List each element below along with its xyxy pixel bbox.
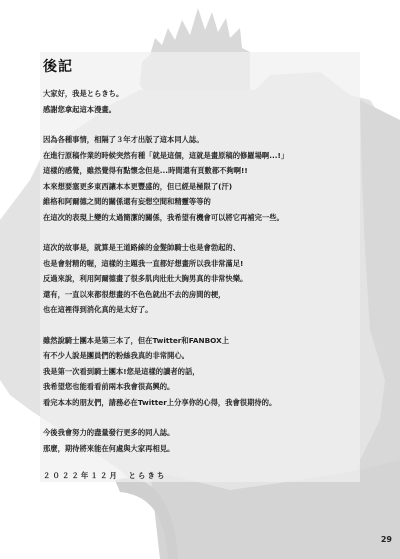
text-line: 這樣的感覺，雖然覺得有點懷念但是...時間還有頁數都不夠啊!!	[43, 163, 373, 179]
signature-date: ２０２２年１２月 とらきち	[43, 471, 373, 481]
text-line: 在進行原稿作業的時候突然有種「就是這個，這就是畫原稿的修羅場啊...!」	[43, 148, 373, 164]
text-line: 這次的故事是，就算是王道路線的金髮帥騎士也是會勃起的、	[43, 240, 373, 256]
paragraph-production: 因為各種事情，相隔了３年才出版了這本同人誌。 在進行原稿作業的時候突然有種「就是…	[43, 132, 373, 225]
text-line: 我是第一次看到騎士團本!您是這樣的讀者的話，	[43, 364, 373, 380]
text-line: 在這次的表現上變的太過簡潔的關係，我希望有機會可以將它再補完一些。	[43, 210, 373, 226]
text-line: 也在這裡得到消化真的是太好了。	[43, 302, 373, 318]
text-line: 我希望您也能看看前兩本我會很高興的。	[43, 379, 373, 395]
text-line: 反過來說，利用阿爾德畫了很多肌肉壯壯大胸男真的非常快樂。	[43, 271, 373, 287]
paragraph-readers: 雖然說騎士團本是第三本了，但在Twitter和FANBOX上 有不少人說是團員們…	[43, 333, 373, 411]
text-line: 今後我會努力的盡量發行更多的同人誌。	[43, 425, 373, 441]
text-line: 那麼，期待將來能在何處與大家再相見。	[43, 441, 373, 457]
page-number: 29	[381, 535, 392, 544]
text-line: 本來想要塞更多東西讓本本更豐盛的，但已經是極限了(汗)	[43, 179, 373, 195]
paragraph-closing: 今後我會努力的盡量發行更多的同人誌。 那麼，期待將來能在何處與大家再相見。	[43, 425, 373, 456]
paragraph-greeting: 大家好，我是とらきち。 感謝您拿起這本漫畫。	[43, 86, 373, 117]
page-title: 後記	[43, 56, 373, 76]
afterword-content: 後記 大家好，我是とらきち。 感謝您拿起這本漫畫。 因為各種事情，相隔了３年才出…	[43, 56, 373, 481]
text-line: 大家好，我是とらきち。	[43, 86, 373, 102]
text-line: 感謝您拿起這本漫畫。	[43, 102, 373, 118]
text-line: 還有，一直以來都很想畫的不色色就出不去的房間的梗，	[43, 287, 373, 303]
text-line: 看完本本的朋友們，請務必在Twitter上分享你的心得，我會很期待的。	[43, 395, 373, 411]
text-line: 維格和阿爾德之間的關係還有妄想空間和精靈等等的	[43, 194, 373, 210]
text-line: 有不少人說是團員們的粉絲我真的非常開心。	[43, 348, 373, 364]
paragraph-story: 這次的故事是，就算是王道路線的金髮帥騎士也是會勃起的、 也是會射精的喔，這樣的主…	[43, 240, 373, 318]
text-line: 也是會射精的喔，這樣的主題我一直都好想畫所以我非常滿足!	[43, 256, 373, 272]
text-line: 因為各種事情，相隔了３年才出版了這本同人誌。	[43, 132, 373, 148]
text-line: 雖然說騎士團本是第三本了，但在Twitter和FANBOX上	[43, 333, 373, 349]
